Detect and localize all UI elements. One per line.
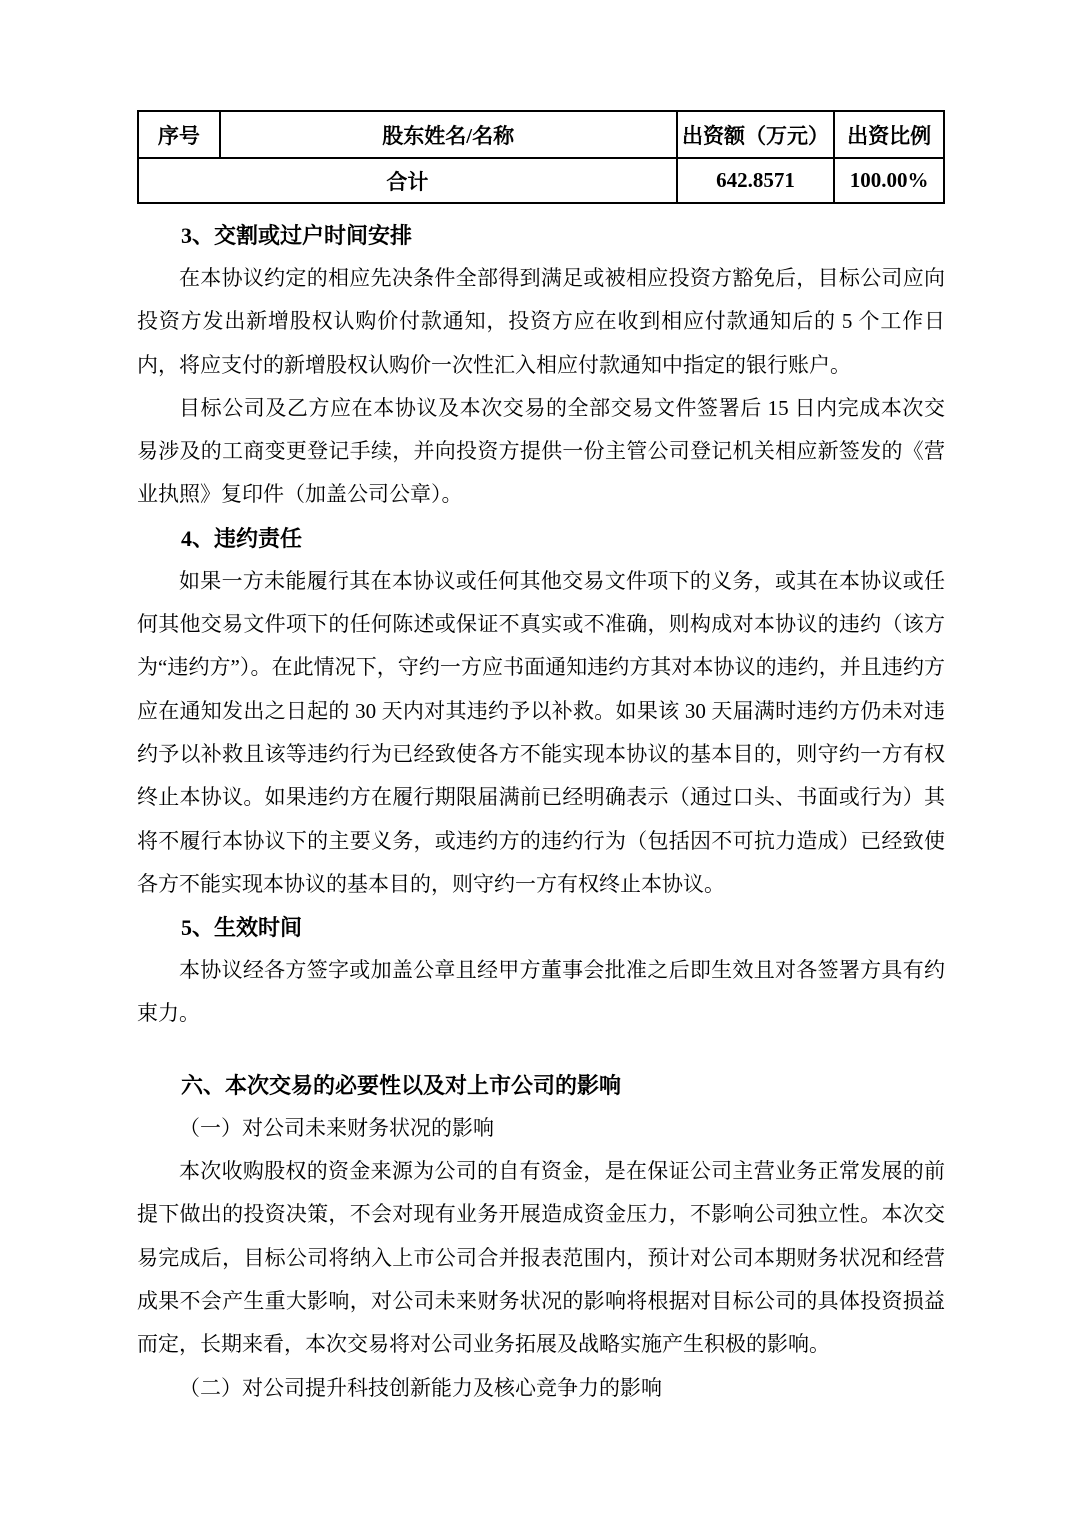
heading-transaction-necessity: 六、本次交易的必要性以及对上市公司的影响 (137, 1064, 945, 1107)
table-total-row: 合计 642.8571 100.00% (138, 158, 944, 203)
col-header-name: 股东姓名/名称 (220, 111, 677, 158)
table-header-row: 序号 股东姓名/名称 出资额（万元） 出资比例 (138, 111, 944, 158)
subheading-financial-impact: （一）对公司未来财务状况的影响 (137, 1107, 945, 1150)
col-header-amount: 出资额（万元） (677, 111, 835, 158)
heading-delivery-schedule: 3、交割或过户时间安排 (137, 214, 945, 257)
heading-breach-liability: 4、违约责任 (137, 517, 945, 560)
total-label-cell: 合计 (138, 158, 677, 203)
paragraph-necessity-1: 本次收购股权的资金来源为公司的自有资金，是在保证公司主营业务正常发展的前提下做出… (137, 1150, 945, 1366)
col-header-ratio: 出资比例 (834, 111, 944, 158)
total-ratio-cell: 100.00% (834, 158, 944, 203)
paragraph-delivery-1: 在本协议约定的相应先决条件全部得到满足或被相应投资方豁免后，目标公司应向投资方发… (137, 257, 945, 387)
total-amount-cell: 642.8571 (677, 158, 835, 203)
paragraph-delivery-2: 目标公司及乙方应在本协议及本次交易的全部交易文件签署后 15 日内完成本次交易涉… (137, 387, 945, 517)
col-header-seq: 序号 (138, 111, 220, 158)
subheading-innovation-impact: （二）对公司提升科技创新能力及核心竞争力的影响 (137, 1367, 945, 1410)
document-page: 序号 股东姓名/名称 出资额（万元） 出资比例 合计 642.8571 100.… (0, 0, 1080, 1526)
shareholder-table: 序号 股东姓名/名称 出资额（万元） 出资比例 合计 642.8571 100.… (137, 110, 945, 204)
paragraph-breach-1: 如果一方未能履行其在本协议或任何其他交易文件项下的义务，或其在本协议或任何其他交… (137, 560, 945, 906)
heading-effective-time: 5、生效时间 (137, 906, 945, 949)
document-content: 序号 股东姓名/名称 出资额（万元） 出资比例 合计 642.8571 100.… (137, 110, 945, 1410)
paragraph-effective-1: 本协议经各方签字或加盖公章且经甲方董事会批准之后即生效且对各签署方具有约束力。 (137, 949, 945, 1036)
